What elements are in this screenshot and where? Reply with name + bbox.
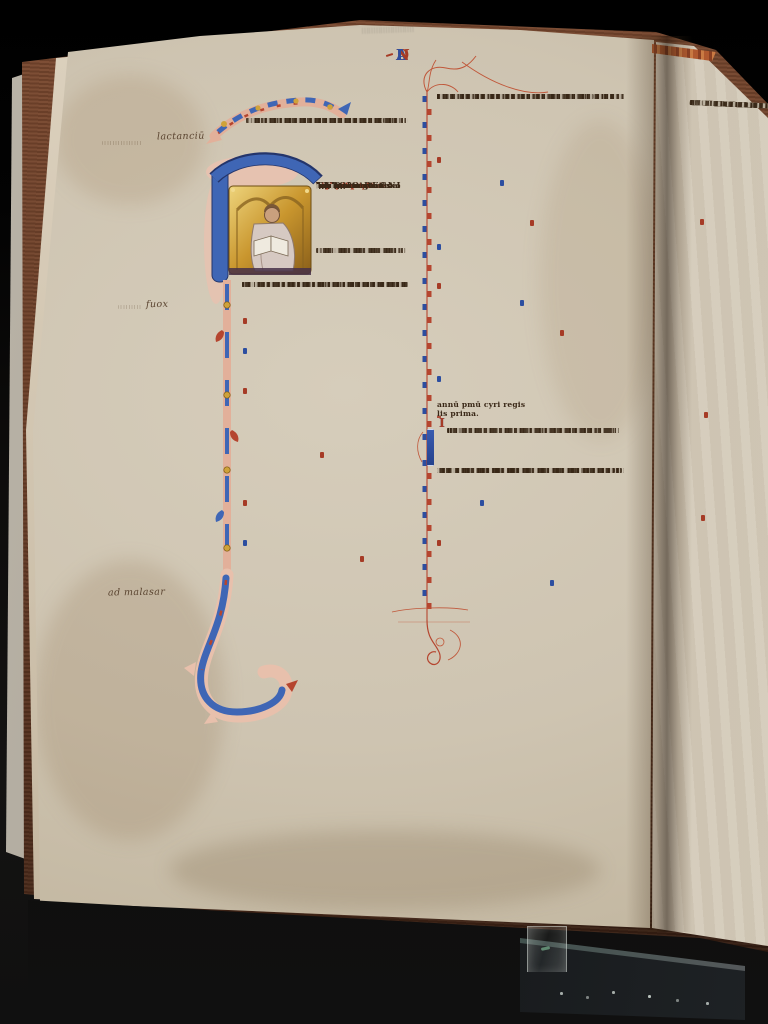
paraph-mark [701, 515, 705, 521]
glass-speck [706, 1002, 709, 1005]
margin-scribble [102, 141, 142, 145]
paraph-mark [530, 220, 534, 226]
margin-scribble [118, 305, 142, 309]
paraph-mark [437, 244, 441, 250]
gutter-shadow [626, 36, 692, 932]
text-line [437, 468, 594, 473]
glass-speck [586, 996, 589, 999]
chapter2-line: lis prima. I I [437, 410, 479, 418]
paraph-mark [243, 540, 247, 546]
scene: D A N I lactanciū fuox ad malasar explic… [0, 0, 768, 1024]
text-line [447, 428, 596, 433]
parchment-stain [170, 830, 600, 910]
glass-speck [612, 991, 615, 994]
paraph-mark [437, 283, 441, 289]
paraph-mark [243, 388, 247, 394]
paraph-mark [360, 556, 364, 562]
text-line [316, 248, 393, 253]
paraph-mark [243, 500, 247, 506]
paraph-mark [480, 500, 484, 506]
paraph-mark [437, 540, 441, 546]
paraph-mark [704, 412, 708, 418]
paraph-mark [560, 330, 564, 336]
chapter-numeral-letter: I [439, 417, 445, 428]
text-line [246, 118, 384, 123]
paraph-mark [437, 376, 441, 382]
margin-note-bottom: ad malasar [108, 587, 165, 599]
glass-speck [676, 999, 679, 1002]
header-letter: I [396, 46, 404, 64]
paraph-mark [500, 180, 504, 186]
text-line [242, 282, 381, 287]
text-line [437, 94, 594, 99]
paraph-mark [243, 318, 247, 324]
chapter-numeral: I I [437, 416, 441, 418]
paraph-mark [243, 348, 247, 354]
parchment-stain [35, 560, 225, 840]
chapter2-line-above: annū pmū cyri regis [437, 401, 525, 409]
paraph-mark [437, 157, 441, 163]
paraph-mark [700, 219, 704, 225]
glass-speck [648, 995, 651, 998]
margin-note-top: lactanciū [157, 131, 205, 143]
blue-initial-i [427, 429, 434, 466]
paraph-mark [320, 452, 324, 458]
glass-speck [560, 992, 563, 995]
paraph-mark [550, 580, 554, 586]
margin-note-middle: fuox [146, 299, 169, 310]
paraph-mark [520, 300, 524, 306]
